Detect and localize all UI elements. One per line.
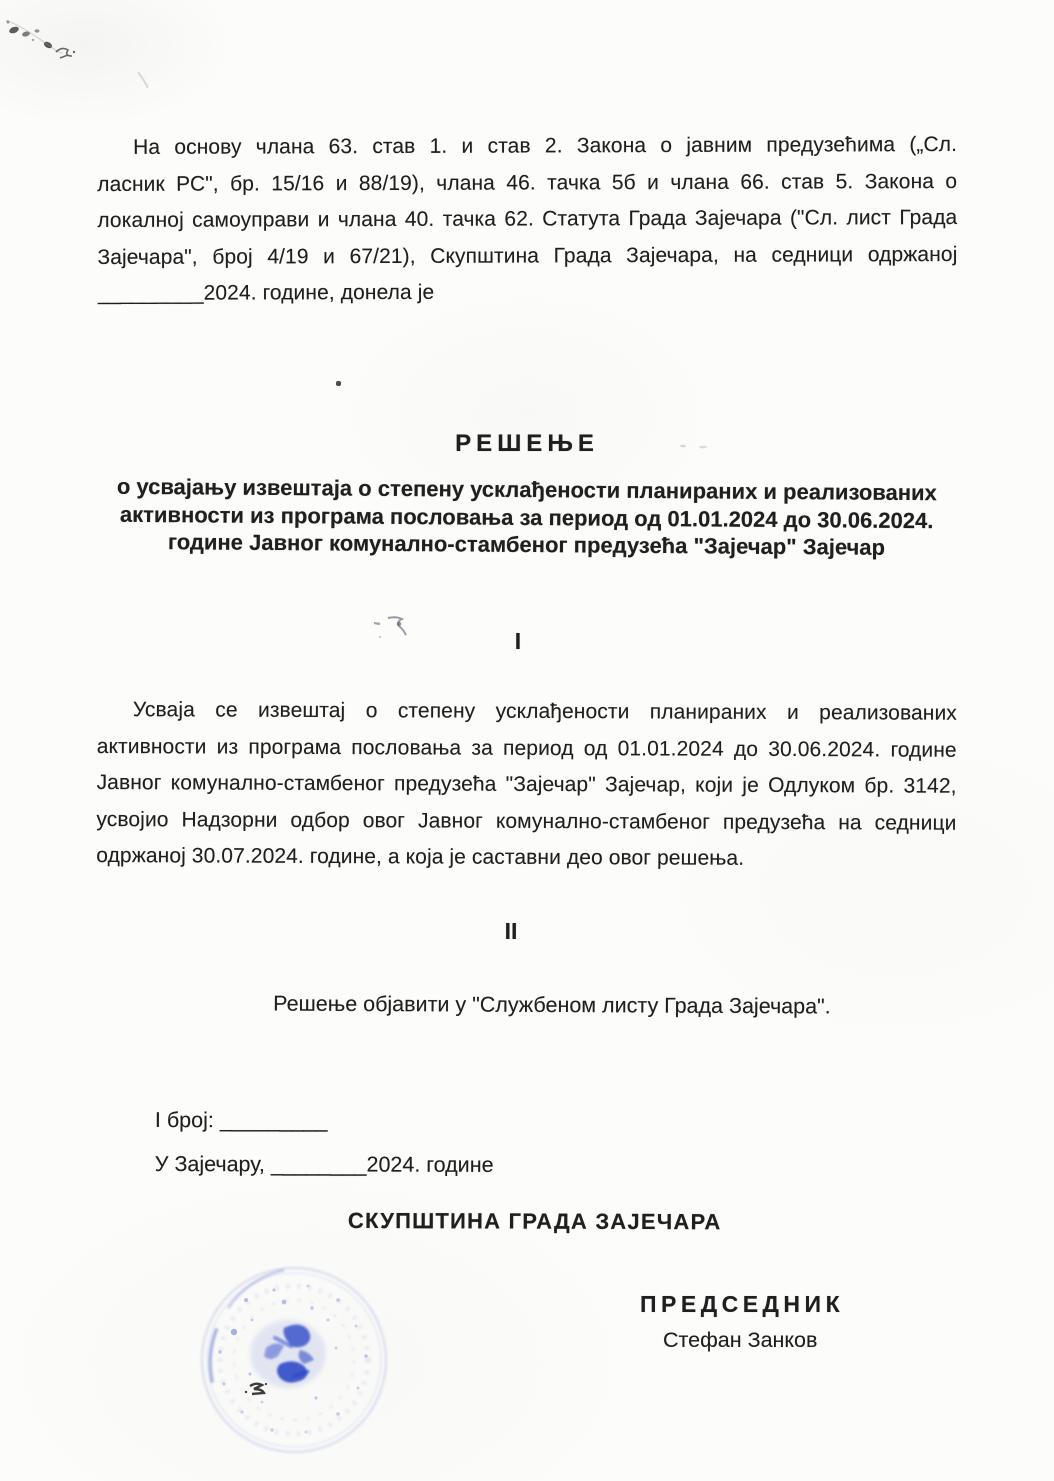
place-date-line: У Зајечару, ________2024. године [155, 1142, 494, 1187]
intro-line-with-blank: _________2024. године, донела је [98, 273, 958, 313]
intro-line: ласник РС", бр. 15/16 и 88/19), члана 46… [97, 164, 957, 204]
ink-dot [336, 381, 341, 386]
section-two-numeral: II [0, 918, 1022, 945]
document-subtitle: о усвајању извештаја о степену усклађено… [86, 473, 967, 563]
footer-block: I број: _________ У Зајечару, ________20… [155, 1098, 494, 1187]
intro-paragraph: На основу члана 63. став 1. и став 2. За… [97, 127, 958, 313]
section-one-line: активности из програма пословања за пери… [97, 729, 957, 769]
ink-smudge-topleft [0, 0, 240, 120]
section-one-line: усвојио Надзорни одбор овог Јавног комун… [96, 802, 956, 842]
president-name: Стефан Занков [663, 1328, 817, 1353]
section-one-line: Усваја се извештај о степену усклађеност… [97, 692, 957, 732]
case-number-label: I број: [155, 1108, 214, 1132]
section-one-line: Јавног комунално-стамбеног предузећа "За… [97, 765, 957, 805]
document-title: РЕШЕЊЕ [0, 430, 1054, 458]
place-label: У Зајечару, [155, 1152, 265, 1176]
subtitle-line: године Јавног комунално-стамбеног предуз… [86, 528, 966, 563]
president-title: ПРЕДСЕДНИК [640, 1291, 844, 1318]
scanned-document-page: На основу члана 63. став 1. и став 2. За… [0, 0, 1054, 1481]
case-number-line: I број: _________ [155, 1098, 494, 1143]
date-blank: ________ [271, 1152, 367, 1176]
section-one-line: одржаној 30.07.2024. године, а која је с… [96, 838, 956, 878]
case-number-blank: _________ [220, 1108, 328, 1132]
round-ink-stamp [188, 1256, 404, 1472]
section-two-body: Решење објавити у "Службеном листу Града… [97, 991, 1007, 1021]
date-year: 2024. године [366, 1153, 493, 1177]
section-one-numeral: I [0, 628, 1036, 655]
intro-line: На основу члана 63. став 1. и став 2. За… [97, 127, 957, 167]
intro-line: Зајечара", број 4/19 и 67/21), Скупштина… [97, 237, 957, 277]
assembly-title: СКУПШТИНА ГРАДА ЗАЈЕЧАРА [348, 1208, 722, 1235]
section-one-paragraph: Усваја се извештај о степену усклађеност… [96, 692, 957, 879]
intro-line: локалној самоуправи и члана 40. тачка 62… [97, 200, 957, 240]
